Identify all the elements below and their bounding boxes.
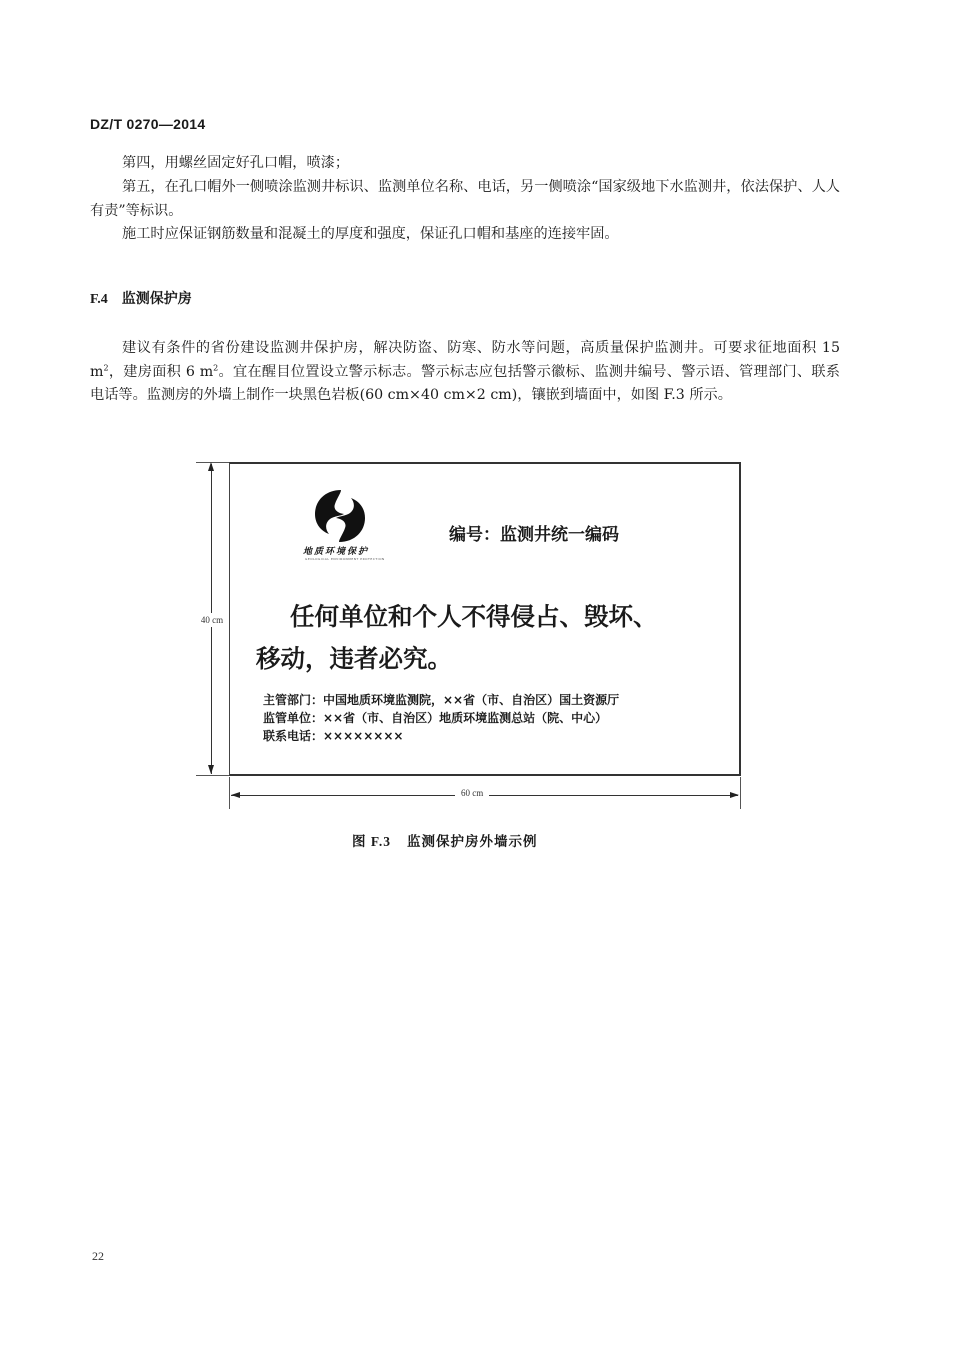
warning-line-2: 移动，违者必究。 (256, 644, 452, 673)
figure-number: 图 F.3 (352, 834, 391, 849)
width-dimension-label: 60 cm (455, 788, 489, 798)
arrow-right-icon (730, 792, 739, 798)
warning-text: 任何单位和个人不得侵占、毁坏、 移动，违者必究。 (256, 596, 716, 680)
dimension-extension-left (229, 777, 230, 809)
arrow-up-icon (208, 462, 214, 471)
paragraph-step-four: 第四，用螺丝固定好孔口帽，喷漆； (90, 152, 840, 176)
section-heading: F.4监测保护房 (90, 288, 192, 308)
section-body-paragraph: 建议有条件的省份建设监测井保护房，解决防盗、防寒、防水等问题，高质量保护监测井。… (90, 337, 840, 408)
standard-code-header: DZ/T 0270—2014 (90, 116, 205, 132)
paragraph-step-five: 第五，在孔口帽外一侧喷涂监测井标识、监测单位名称、电话，另一侧喷涂“国家级地下水… (90, 176, 840, 223)
contact-info-block: 主管部门：中国地质环境监测院，××省（市、自治区）国土资源厅 监管单位：××省（… (263, 691, 619, 745)
logo-subtext: GEOLOGICAL ENVIRONMENT PROTECTION (305, 557, 385, 561)
dimension-extension-right (740, 777, 741, 809)
well-code-line: 编号：监测井统一编码 (449, 520, 619, 545)
section-title: 监测保护房 (122, 291, 192, 307)
figure-title: 监测保护房外墙示例 (407, 834, 538, 850)
height-dimension-label: 40 cm (190, 613, 234, 627)
body-text-part2: ，建房面积 6 m (109, 364, 214, 380)
figure-caption: 图 F.3监测保护房外墙示例 (352, 830, 538, 850)
arrow-left-icon (231, 792, 240, 798)
info-line-authority: 主管部门：中国地质环境监测院，××省（市、自治区）国土资源厅 (263, 691, 619, 709)
section-number: F.4 (90, 292, 108, 307)
logo-text: 地质环境保护 (303, 544, 369, 557)
page-number: 22 (92, 1249, 104, 1264)
geo-environment-protection-logo-icon (311, 487, 369, 545)
warning-line-1: 任何单位和个人不得侵占、毁坏、 (256, 596, 716, 638)
arrow-down-icon (208, 765, 214, 774)
paragraph-construction-note: 施工时应保证钢筋数量和混凝土的厚度和强度，保证孔口帽和基座的连接牢固。 (90, 223, 840, 247)
info-line-supervisor: 监管单位：××省（市、自治区）地质环境监测总站（院、中心） (263, 709, 619, 727)
info-line-phone: 联系电话：×××××××× (263, 727, 619, 745)
